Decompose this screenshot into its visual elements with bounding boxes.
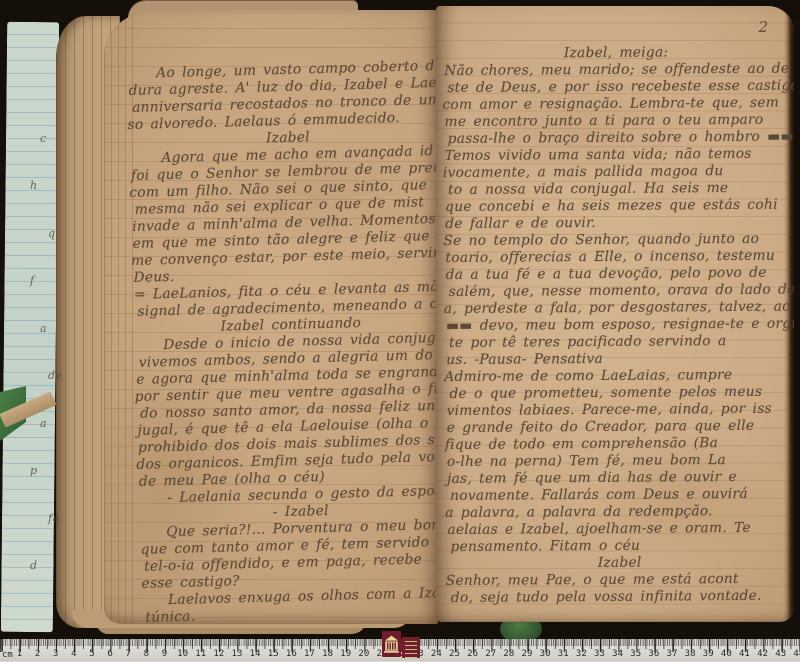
edge-mark: fé [48, 512, 63, 525]
ruler-number: 3 [47, 649, 65, 659]
handwriting-line: e grande feito do Creador, para que elle [447, 418, 791, 437]
left-page-text: Ao longe, um vasto campo coberto ddura a… [128, 58, 438, 624]
edge-mark: f [30, 274, 63, 287]
ruler-number: 37 [663, 649, 681, 659]
ruler-number: 10 [174, 649, 192, 659]
edge-mark: p [30, 464, 63, 477]
ruler-number: 14 [246, 649, 264, 659]
edge-mark: d [30, 559, 63, 572]
ruler-number: 27 [482, 649, 500, 659]
ruler-number: 40 [717, 649, 735, 659]
ruler-number: 11 [192, 649, 210, 659]
archive-logo [382, 631, 420, 658]
ruler-number: 42 [754, 649, 772, 659]
handwriting-line: ▬▬ devo, meu bom esposo, resignae-te e o… [446, 316, 790, 335]
ruler-number: 38 [681, 649, 699, 659]
ruler-number: 12 [210, 649, 228, 659]
logo-text-block [402, 637, 420, 658]
ruler-number: 44 [790, 649, 800, 659]
edge-mark: h [30, 179, 63, 192]
handwriting-line: aelaias e Izabel, ajoelham-se e oram. Te [447, 520, 791, 539]
ruler-number: 34 [609, 649, 627, 659]
ruler-number: 4 [65, 649, 83, 659]
page-number: 2 [758, 18, 768, 36]
ruler-number: 28 [500, 649, 518, 659]
handwriting-line: que concebi e ha seis mezes que estás co… [445, 197, 789, 216]
ruler-number: 17 [300, 649, 318, 659]
ruler-number: 1 [10, 649, 28, 659]
ruler-number: 13 [228, 649, 246, 659]
ruler-number: 31 [554, 649, 572, 659]
ruler-number: 26 [464, 649, 482, 659]
edge-mark: q [48, 227, 63, 240]
edge-mark: a [40, 417, 63, 430]
ruler-number: 30 [536, 649, 554, 659]
ruler-number: 35 [627, 649, 645, 659]
ruler-number: 16 [282, 649, 300, 659]
ruler-number: 8 [137, 649, 155, 659]
right-page: 2 Izabel, meiga:Não chores, meu marido; … [436, 6, 794, 622]
ruler-number: 36 [645, 649, 663, 659]
ruler-number: 39 [699, 649, 717, 659]
ruler-number: 43 [772, 649, 790, 659]
edge-mark: c [40, 132, 63, 145]
ruler-number: 29 [518, 649, 536, 659]
handwriting-line: novamente. Fallarás com Deus e ouvirá [450, 486, 794, 505]
ruler-number: 9 [155, 649, 173, 659]
ruler-number: 19 [337, 649, 355, 659]
ruler-number: 24 [427, 649, 445, 659]
ruler-number: 5 [83, 649, 101, 659]
left-page: Ao longe, um vasto campo coberto ddura a… [104, 10, 438, 624]
handwriting-line: Temos vivido uma santa vida; não temos [445, 146, 789, 165]
edge-mark: a [40, 322, 63, 335]
ruler-number: 18 [319, 649, 337, 659]
edge-marks: chqfadeapféd [30, 132, 63, 572]
ruler-number: 7 [119, 649, 137, 659]
ruler-number: 33 [590, 649, 608, 659]
ruler-number: 32 [572, 649, 590, 659]
archive-building-icon [382, 631, 401, 657]
edge-mark: de [48, 369, 63, 382]
ruler-number: 25 [445, 649, 463, 659]
ruler-number: 6 [101, 649, 119, 659]
right-page-text: Izabel, meiga:Não chores, meu marido; se… [444, 44, 792, 607]
ruler-number: 20 [355, 649, 373, 659]
ruler-number: 15 [264, 649, 282, 659]
handwriting-line: do, seja tudo pela vossa infinita vontad… [451, 588, 794, 607]
ruler-number: 41 [735, 649, 753, 659]
ruler-number: 2 [29, 649, 47, 659]
